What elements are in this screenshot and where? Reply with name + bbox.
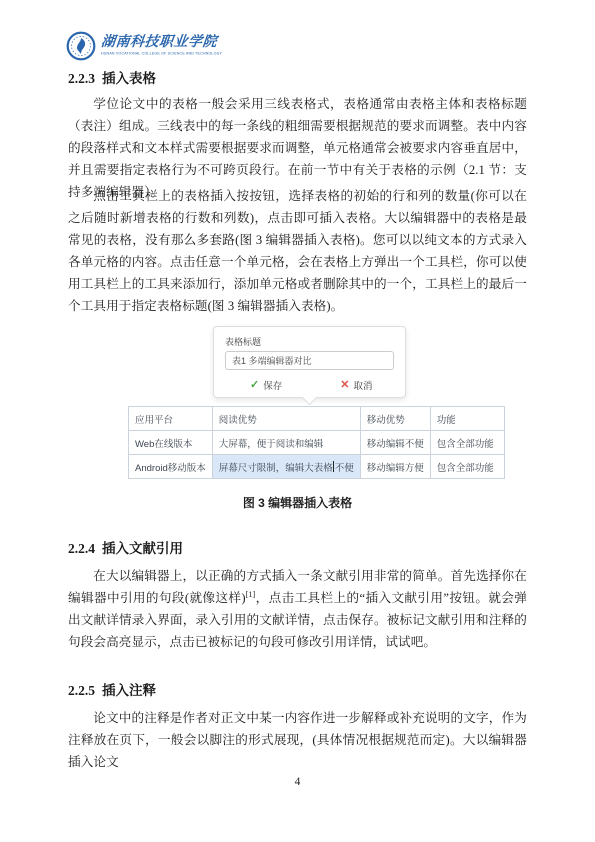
cancel-button[interactable]: ✕ 取消 (340, 378, 372, 392)
section-title: 插入注释 (102, 683, 156, 698)
paragraph-insert-table: 点击工具栏上的表格插入按按钮，选择表格的初始的行和列的数量(你可以在之后随时新增… (68, 185, 527, 317)
school-emblem-icon (66, 31, 96, 61)
cell-platform: Android移动版本 (129, 455, 213, 479)
cell-reading-editing[interactable]: 屏幕尺寸限制，编辑大表格不便 (212, 455, 360, 479)
paragraph-insert-citation: 在大以编辑器上，以正确的方式插入一条文献引用非常的简单。首先选择你在编辑器中引用… (68, 565, 527, 653)
cell-platform: Web在线版本 (129, 431, 213, 455)
section-number: 2.2.3 (68, 71, 95, 86)
section-heading-2-2-4: 2.2.4插入文献引用 (68, 541, 527, 557)
table-caption-popup: 表格标题 ✓ 保存 ✕ 取消 (213, 326, 406, 398)
table-caption-input[interactable] (225, 351, 394, 370)
section-number: 2.2.4 (68, 541, 95, 556)
cancel-button-label: 取消 (353, 378, 372, 392)
table-header-row: 应用平台 阅读优势 移动优势 功能 (129, 407, 505, 431)
header-mobile: 移动优势 (360, 407, 430, 431)
cell-reading: 大屏幕，便于阅读和编辑 (212, 431, 360, 455)
document-page: 湖南科技职业学院 HUNAN VOCATIONAL COLLEGE OF SCI… (0, 0, 595, 842)
cell-features: 包含全部功能 (430, 431, 504, 455)
section-title: 插入表格 (102, 71, 156, 86)
section-number: 2.2.5 (68, 683, 95, 698)
table-caption-label: 表格标题 (225, 335, 394, 348)
cell-mobile: 移动编辑不便 (360, 431, 430, 455)
section-heading-2-2-3: 2.2.3插入表格 (68, 71, 527, 87)
editor-comparison-table: 应用平台 阅读优势 移动优势 功能 Web在线版本 大屏幕，便于阅读和编辑 移动… (128, 406, 505, 479)
save-button[interactable]: ✓ 保存 (250, 378, 282, 392)
check-icon: ✓ (250, 380, 259, 390)
school-name-english: HUNAN VOCATIONAL COLLEGE OF SCIENCE AND … (101, 52, 222, 56)
header-features: 功能 (430, 407, 504, 431)
x-icon: ✕ (340, 380, 349, 390)
figure-caption: 图 3 编辑器插入表格 (68, 494, 527, 511)
school-name-chinese: 湖南科技职业学院 (100, 35, 304, 51)
section-title: 插入文献引用 (102, 541, 183, 556)
page-number: 4 (0, 776, 595, 788)
school-logo: 湖南科技职业学院 HUNAN VOCATIONAL COLLEGE OF SCI… (66, 31, 303, 61)
citation-marker: [1] (246, 590, 256, 599)
paragraph-insert-footnote: 论文中的注释是作者对正文中某一内容作进一步解释或补充说明的文字，作为注释放在页下… (68, 707, 527, 773)
figure-editor-insert-table: 表格标题 ✓ 保存 ✕ 取消 应用平台 阅读优势 移动优势 功能 (68, 326, 527, 478)
section-heading-2-2-5: 2.2.5插入注释 (68, 683, 527, 699)
header-platform: 应用平台 (129, 407, 213, 431)
cell-mobile: 移动编辑方便 (360, 455, 430, 479)
cell-features: 包含全部功能 (430, 455, 504, 479)
table-row: Android移动版本 屏幕尺寸限制，编辑大表格不便 移动编辑方便 包含全部功能 (129, 455, 505, 479)
save-button-label: 保存 (263, 378, 282, 392)
table-row: Web在线版本 大屏幕，便于阅读和编辑 移动编辑不便 包含全部功能 (129, 431, 505, 455)
header-reading: 阅读优势 (212, 407, 360, 431)
